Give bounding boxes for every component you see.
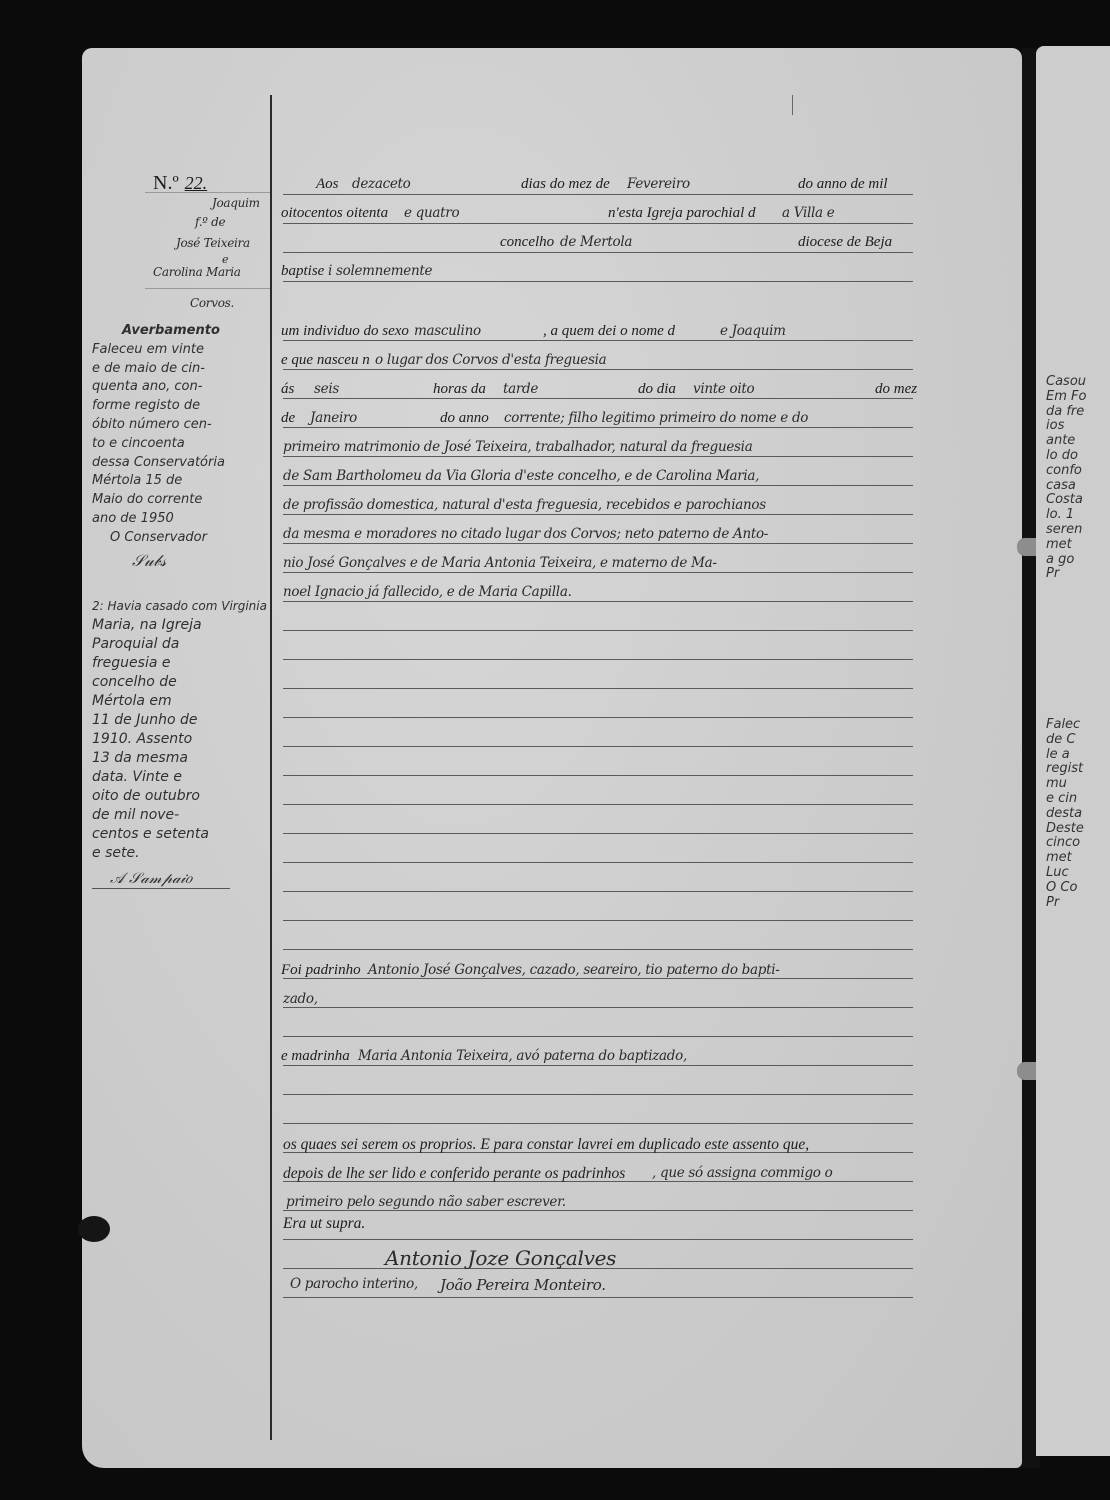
ruled-line <box>283 1036 913 1037</box>
adjacent-page-line: e cin <box>1046 792 1084 807</box>
signing-note: primeiro pelo segundo não saber escrever… <box>286 1194 566 1210</box>
ruled-line <box>283 456 913 457</box>
margin-rule <box>145 288 270 289</box>
printed-text: diocese de Beja <box>798 234 892 251</box>
adjacent-page-line: cinco <box>1046 836 1084 851</box>
annotation-line: forme registo de <box>92 397 272 416</box>
printed-text: ás <box>281 381 294 398</box>
annotation-signature: 𝒜 𝒮𝒶𝓂𝓅𝒶𝒾𝑜 <box>92 869 230 889</box>
annotation-line: Maio do corrente <box>92 491 272 510</box>
priest-signature: João Pereira Monteiro. <box>440 1276 606 1294</box>
annotation-marriage: 2: Havia casado com Virginia Maria, na I… <box>92 597 272 889</box>
annotation-line: centos e setenta <box>92 825 272 844</box>
annotation-line: 11 de Junho de <box>92 711 272 730</box>
ruled-line <box>283 194 913 195</box>
ruled-line <box>283 281 913 282</box>
municipality-value: de Mertola <box>560 234 632 250</box>
margin-rule <box>145 192 270 193</box>
ruled-line <box>283 1065 913 1066</box>
ruled-line <box>283 252 913 253</box>
annotation-line: data. Vinte e <box>92 768 272 787</box>
hour-value: seis <box>314 381 339 397</box>
printed-text: , a quem dei o nome d <box>543 323 675 340</box>
adjacent-page-line: casa <box>1046 479 1086 494</box>
printed-text: depois de lhe ser lido e conferido peran… <box>283 1165 625 1183</box>
period-value: tarde <box>503 381 538 397</box>
ruled-line <box>283 862 913 863</box>
ruled-line <box>283 978 913 979</box>
ruled-line <box>283 398 913 399</box>
birth-day-value: vinte oito <box>693 381 754 397</box>
adjacent-page-line: Luc <box>1046 866 1084 881</box>
annotation-death: Averbamento Faleceu em vinte e de maio d… <box>92 322 272 570</box>
adjacent-page-line: met <box>1046 538 1086 553</box>
ruled-line <box>283 427 913 428</box>
annotation-title: Averbamento <box>92 322 272 341</box>
ruled-line <box>283 543 913 544</box>
annotation-line: ano de 1950 <box>92 510 272 529</box>
adjacent-page-line: le a <box>1046 748 1084 763</box>
adjacent-page-line: a go <box>1046 553 1086 568</box>
printed-text: n'esta Igreja parochial d <box>608 205 756 222</box>
adjacent-page-line: ios <box>1046 419 1086 434</box>
grandparents-text: da mesma e moradores no citado lugar dos… <box>283 526 768 542</box>
ruled-line <box>283 572 913 573</box>
printed-text: Foi padrinho <box>281 962 361 979</box>
annotation-line: to e cincoenta <box>92 435 272 454</box>
grandparents-text: nio José Gonçalves e de Maria Antonia Te… <box>283 555 717 571</box>
entry-number-label: N.º <box>153 172 179 194</box>
annotation-line: de mil nove- <box>92 806 272 825</box>
annotation-line: 1910. Assento <box>92 730 272 749</box>
godfather-signature: Antonio Joze Gonçalves <box>385 1246 616 1270</box>
annotation-line: Faleceu em vinte <box>92 341 272 360</box>
printed-text: Era ut supra. <box>283 1215 365 1233</box>
margin-father-name: José Teixeira <box>176 236 250 250</box>
grandparents-text: noel Ignacio já fallecido, e de Maria Ca… <box>283 584 572 600</box>
adjacent-page-line: Deste <box>1046 822 1084 837</box>
annotation-line: 13 da mesma <box>92 749 272 768</box>
adjacent-page-line: regist <box>1046 762 1084 777</box>
adjacent-page-line: Casou <box>1046 375 1086 390</box>
printed-text: baptise <box>281 263 324 280</box>
adjacent-page-line: O Co <box>1046 881 1084 896</box>
adjacent-page-line: confo <box>1046 464 1086 479</box>
adjacent-page-line: ante <box>1046 434 1086 449</box>
ruled-line <box>283 949 913 950</box>
margin-child-name: Joaquim <box>212 196 260 210</box>
adjacent-page-line: da fre <box>1046 405 1086 420</box>
month-value: Fevereiro <box>627 176 690 192</box>
printed-text: de <box>281 410 295 427</box>
ruled-line <box>283 891 913 892</box>
adjacent-page-note: CasouEm Foda freiosantelo doconfocasaCos… <box>1046 375 1086 582</box>
margin-place: Corvos. <box>190 296 234 310</box>
adjacent-page-line: mu <box>1046 777 1084 792</box>
adjacent-page-note: Falecde Cle aregistmue cindestaDestecinc… <box>1046 718 1084 910</box>
annotation-line: e de maio de cin- <box>92 360 272 379</box>
year-value: e quatro <box>404 205 459 221</box>
adjacent-page-line: lo do <box>1046 449 1086 464</box>
printed-text: e que nasceu n <box>281 352 370 369</box>
filiation-text: corrente; filho legitimo primeiro do nom… <box>504 410 808 426</box>
ruled-line <box>283 688 913 689</box>
ruled-line <box>283 833 913 834</box>
annotation-line: Mértola 15 de <box>92 472 272 491</box>
annotation-signature: 𝒮𝓊𝒷𝓈 <box>92 552 272 571</box>
godmother-value: Maria Antonia Teixeira, avó paterna do b… <box>358 1048 687 1064</box>
signing-note: , que só assigna commigo o <box>652 1165 832 1181</box>
annotation-line: concelho de <box>92 673 272 692</box>
printed-text: dias do mez de <box>521 176 610 193</box>
entry-number-value: 22. <box>185 173 208 193</box>
priest-title: O parocho interino, <box>290 1276 418 1292</box>
printed-text: e madrinha <box>281 1048 350 1065</box>
annotation-line: Mértola em <box>92 692 272 711</box>
adjacent-page-line: desta <box>1046 807 1084 822</box>
ruled-line <box>283 630 913 631</box>
adjacent-page-line: Pr <box>1046 896 1084 911</box>
ruled-line <box>283 659 913 660</box>
ruled-line <box>283 485 913 486</box>
printed-text: oitocentos oitenta <box>281 205 388 222</box>
ruled-line <box>283 1297 913 1298</box>
adjacent-page-line: Costa <box>1046 493 1086 508</box>
printed-text: do mez <box>875 381 917 398</box>
adjacent-page-line: Pr <box>1046 567 1086 582</box>
annotation-line: quenta ano, con- <box>92 378 272 397</box>
ruled-line <box>283 1007 913 1008</box>
printed-text: os quaes sei serem os proprios. E para c… <box>283 1136 809 1154</box>
birth-month-value: Janeiro <box>310 410 357 426</box>
printed-text: do anno de mil <box>798 176 888 193</box>
adjacent-page-line: lo. 1 <box>1046 508 1086 523</box>
printed-text: do anno <box>440 410 489 427</box>
tick-line <box>792 95 793 115</box>
annotation-line: oito de outubro <box>92 787 272 806</box>
printed-text: um individuo do sexo <box>281 323 409 340</box>
ruled-line <box>283 601 913 602</box>
ruled-line <box>283 514 913 515</box>
annotation-line: e sete. <box>92 844 272 863</box>
printed-text: do dia <box>638 381 676 398</box>
godfather-value: Antonio José Gonçalves, cazado, seareiro… <box>368 962 779 978</box>
ruled-line <box>283 223 913 224</box>
adjacent-page-line: Falec <box>1046 718 1084 733</box>
ruled-line <box>283 804 913 805</box>
adjacent-page-line: met <box>1046 851 1084 866</box>
child-name-value: e Joaquim <box>720 323 786 339</box>
annotation-line: Maria, na Igreja <box>92 616 272 635</box>
parents-text: primeiro matrimonio de José Teixeira, tr… <box>283 439 752 455</box>
annotation-line: 2: Havia casado com Virginia <box>92 597 272 616</box>
parents-text: de Sam Bartholomeu da Via Gloria d'este … <box>283 468 759 484</box>
ruled-line <box>283 717 913 718</box>
adjacent-page-line: de C <box>1046 733 1084 748</box>
ruled-line <box>283 1210 913 1211</box>
ruled-line <box>283 1123 913 1124</box>
annotation-line: freguesia e <box>92 654 272 673</box>
baptism-type-value: i solemnemente <box>328 263 432 279</box>
printed-text: concelho <box>500 234 554 251</box>
ruled-line <box>283 920 913 921</box>
margin-filiation: f.º de <box>195 215 225 229</box>
printed-text: Aos <box>316 176 339 193</box>
annotation-line: Paroquial da <box>92 635 272 654</box>
sex-value: masculino <box>414 323 481 339</box>
ruled-line <box>283 746 913 747</box>
adjacent-page-line: Em Fo <box>1046 390 1086 405</box>
margin-mother-name: Carolina Maria <box>153 265 241 279</box>
godfather-value-cont: zado, <box>283 991 318 1007</box>
parents-text: de profissão domestica, natural d'esta f… <box>283 497 766 513</box>
printed-text: horas da <box>433 381 486 398</box>
annotation-line: O Conservador <box>92 529 272 548</box>
ruled-line <box>283 1239 913 1240</box>
adjacent-page-line: seren <box>1046 523 1086 538</box>
birthplace-value: o lugar dos Corvos d'esta freguesia <box>375 352 606 368</box>
annotation-line: óbito número cen- <box>92 416 272 435</box>
parish-value: a Villa e <box>782 205 834 221</box>
ruled-line <box>283 340 913 341</box>
annotation-line: dessa Conservatória <box>92 454 272 473</box>
binding-hole <box>78 1216 110 1242</box>
ruled-line <box>283 1094 913 1095</box>
day-value: dezaceto <box>352 176 411 192</box>
ruled-line <box>283 775 913 776</box>
ruled-line <box>283 369 913 370</box>
